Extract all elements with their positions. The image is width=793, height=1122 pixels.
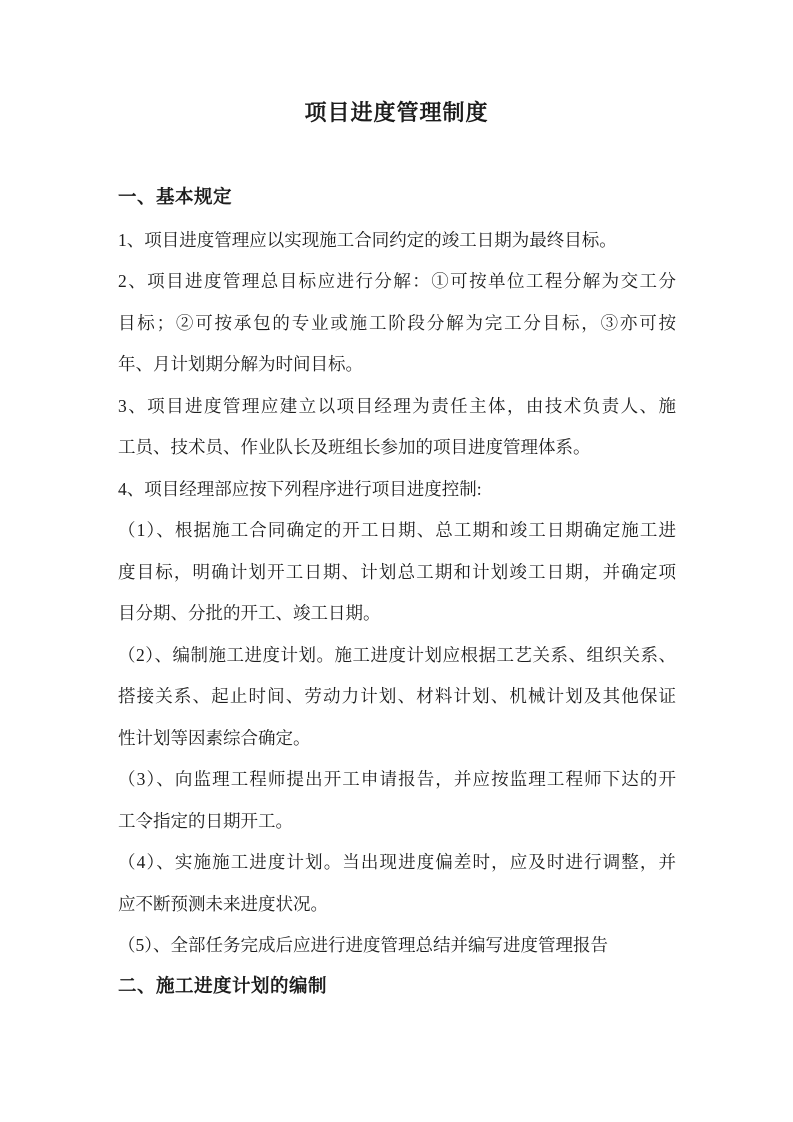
doc-line: 4、项目经理部应按下列程序进行项目进度控制: [118,469,676,511]
doc-line: 目分期、分批的开工、竣工日期。 [118,593,676,635]
doc-line: 1、项目进度管理应以实现施工合同约定的竣工日期为最终目标。 [118,220,676,262]
doc-line: 工员、技术员、作业队长及班组长参加的项目进度管理体系。 [118,427,676,469]
doc-line: （5）、全部任务完成后应进行进度管理总结并编写进度管理报告 [118,925,676,967]
doc-line: 度目标，明确计划开工日期、计划总工期和计划竣工日期，并确定项 [118,552,676,594]
doc-line: （4）、实施施工进度计划。当出现进度偏差时，应及时进行调整，并 [118,842,676,884]
doc-line: 搭接关系、起止时间、劳动力计划、材料计划、机械计划及其他保证 [118,676,676,718]
document-page: 项目进度管理制度 一、基本规定 1、项目进度管理应以实现施工合同约定的竣工日期为… [0,0,793,1122]
doc-line: 2、项目进度管理总目标应进行分解：①可按单位工程分解为交工分 [118,261,676,303]
doc-line: 目标；②可按承包的专业或施工阶段分解为完工分目标，③亦可按 [118,303,676,345]
doc-line: （3）、向监理工程师提出开工申请报告，并应按监理工程师下达的开 [118,759,676,801]
section-1-heading: 一、基本规定 [118,178,676,220]
section-2-heading: 二、施工进度计划的编制 [118,967,676,1009]
doc-line: 年、月计划期分解为时间目标。 [118,344,676,386]
doc-line: 性计划等因素综合确定。 [118,718,676,760]
document-body: 一、基本规定 1、项目进度管理应以实现施工合同约定的竣工日期为最终目标。 2、项… [118,178,676,1008]
doc-line: 工令指定的日期开工。 [118,801,676,843]
doc-line: （1）、根据施工合同确定的开工日期、总工期和竣工日期确定施工进 [118,510,676,552]
doc-line: 3、项目进度管理应建立以项目经理为责任主体，由技术负责人、施 [118,386,676,428]
doc-line: 应不断预测未来进度状况。 [118,884,676,926]
page-title: 项目进度管理制度 [0,96,793,127]
doc-line: （2）、编制施工进度计划。施工进度计划应根据工艺关系、组织关系、 [118,635,676,677]
